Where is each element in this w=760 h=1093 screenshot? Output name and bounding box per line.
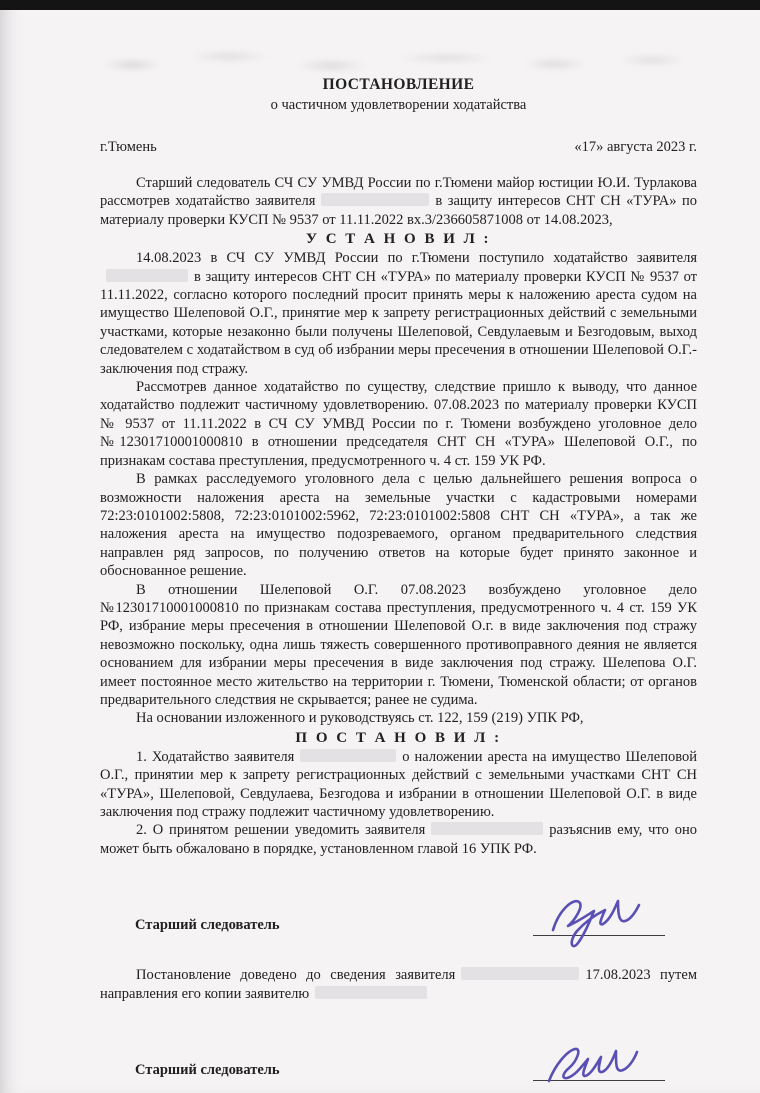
paragraph-text: 14.08.2023 в СЧ СУ УМВД России по г.Тюме… xyxy=(136,250,697,266)
city-label: г.Тюмень xyxy=(100,139,157,156)
paragraph-text: 1. Ходатайство заявителя xyxy=(136,749,294,765)
signature-icon xyxy=(535,1035,661,1093)
signature-icon xyxy=(535,890,661,948)
signature-role-label: Старший следователь xyxy=(135,917,280,934)
page-title: ПОСТАНОВЛЕНИЕ xyxy=(100,76,697,94)
date-label: «17» августа 2023 г. xyxy=(574,139,697,156)
document-page: ПОСТАНОВЛЕНИЕ о частичном удовлетворении… xyxy=(0,0,760,1093)
redaction-box xyxy=(431,822,543,835)
paragraph-text: 2. О принятом решении уведомить заявител… xyxy=(136,822,425,838)
ustanovil-paragraph-3: В рамках расследуемого уголовного дела с… xyxy=(100,470,697,580)
intro-paragraph: Старший следователь СЧ СУ УМВД России по… xyxy=(100,174,697,229)
city-date-row: г.Тюмень «17» августа 2023 г. xyxy=(100,139,697,156)
redaction-box xyxy=(315,986,427,999)
section-heading-ustanovil: У С Т А Н О В И Л : xyxy=(100,231,697,248)
closing-paragraph: Постановление доведено до сведения заяви… xyxy=(100,966,697,1003)
paragraph-text: в защиту интересов СНТ СН «ТУРА» по мате… xyxy=(100,269,697,377)
redaction-box xyxy=(321,193,429,206)
resolution-item-1: 1. Ходатайство заявителяо наложении арес… xyxy=(100,748,697,822)
ustanovil-paragraph-2: Рассмотрев данное ходатайство по существ… xyxy=(100,378,697,470)
redaction-box xyxy=(106,269,188,282)
document-body: ПОСТАНОВЛЕНИЕ о частичном удовлетворении… xyxy=(0,0,760,1085)
signature-area xyxy=(533,888,665,940)
signature-block-2: Старший следователь xyxy=(100,1033,697,1085)
signature-area xyxy=(533,1033,665,1085)
ustanovil-paragraph-4: В отношении Шелеповой О.Г. 07.08.2023 во… xyxy=(100,581,697,710)
page-subtitle: о частичном удовлетворении ходатайства xyxy=(100,97,697,114)
signature-role-label: Старший следователь xyxy=(135,1062,280,1079)
redaction-box xyxy=(300,749,396,762)
ustanovil-paragraph-5: На основании изложенного и руководствуяс… xyxy=(100,709,697,727)
redaction-box xyxy=(461,967,579,980)
ustanovil-paragraph-1: 14.08.2023 в СЧ СУ УМВД России по г.Тюме… xyxy=(100,249,697,378)
resolution-item-2: 2. О принятом решении уведомить заявител… xyxy=(100,821,697,858)
section-heading-postanovil: П О С Т А Н О В И Л : xyxy=(100,730,697,747)
paragraph-text: Постановление доведено до сведения заяви… xyxy=(136,967,455,983)
signature-block-1: Старший следователь xyxy=(100,888,697,940)
